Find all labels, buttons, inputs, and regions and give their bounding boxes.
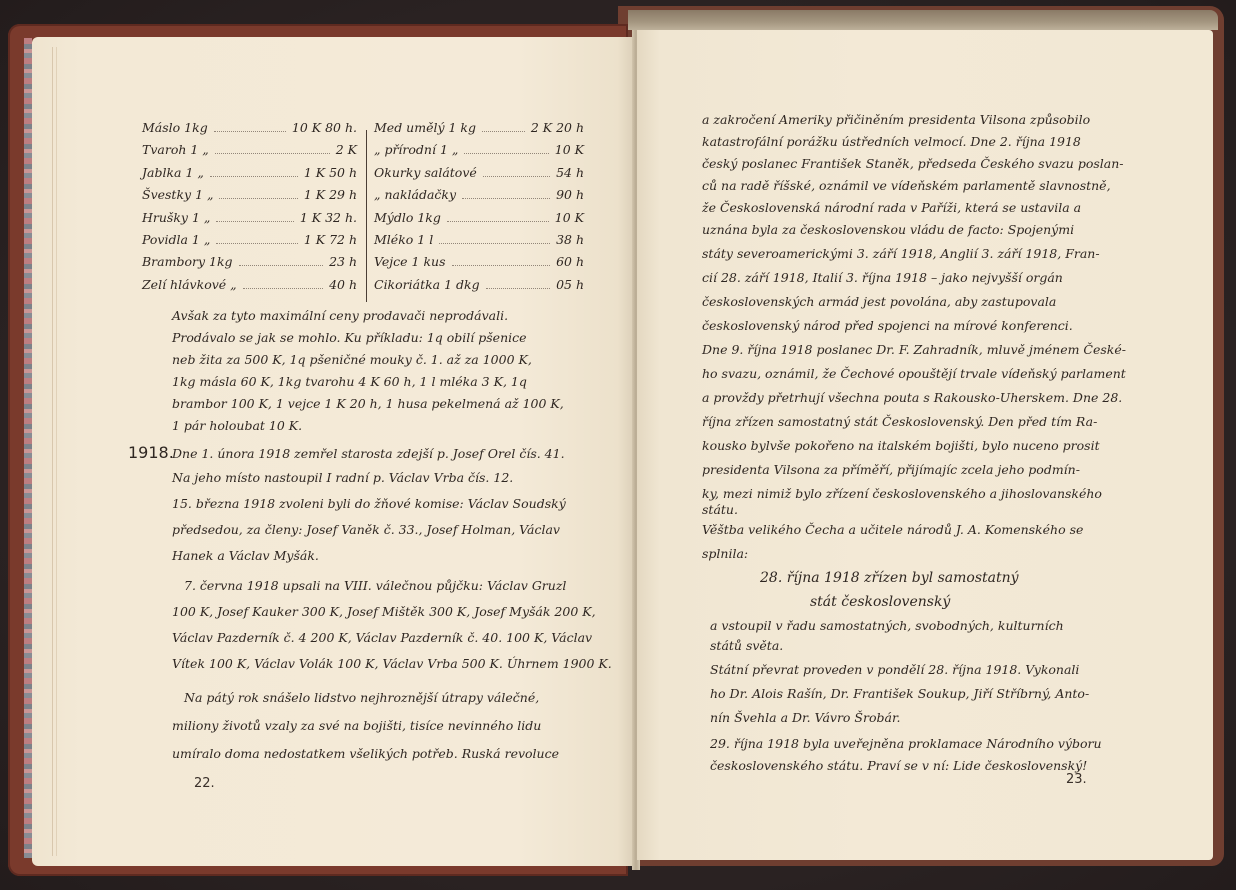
leader-dots [210, 176, 298, 177]
price-item: „ přírodní 1 „ [374, 142, 458, 157]
marbled-endpaper-edge [24, 38, 32, 858]
text-line: října zřízen samostatný stát Českosloven… [702, 414, 1097, 429]
price-value: 2 K 20 h [531, 120, 584, 135]
price-item: „ nakládačky [374, 187, 456, 202]
text-line: ho svazu, oznámil, že Čechové opouštějí … [702, 366, 1126, 381]
price-value: 05 h [556, 277, 584, 292]
price-row: Okurky salátové54 h [374, 165, 584, 187]
text-line: umíralo doma nedostatkem všelikých potře… [172, 746, 559, 761]
text-line: uznána byla za československou vládu de … [702, 222, 1074, 237]
page-block-top-edge [628, 10, 1218, 30]
price-table: Máslo 1kg10 K 80 h. Tvaroh 1 „2 K Jablka… [142, 120, 582, 305]
price-item: Povidla 1 „ [142, 232, 210, 247]
price-row: Tvaroh 1 „2 K [142, 142, 357, 164]
text-line: Hanek a Václav Myšák. [172, 548, 319, 563]
text-line: cií 28. září 1918, Italií 3. října 1918 … [702, 270, 1063, 285]
proclamation-line: stát československý [810, 594, 950, 610]
text-line: kousko bylvše pokořeno na italském bojiš… [702, 438, 1100, 453]
text-line: a provždy přetrhují všechna pouta s Rako… [702, 390, 1122, 405]
price-value: 38 h [556, 232, 584, 247]
price-value: 10 K 80 h. [292, 120, 357, 135]
text-line: ců na radě říšské, oznámil ve vídeňském … [702, 178, 1111, 193]
leader-dots [216, 221, 293, 222]
price-value: 60 h [556, 254, 584, 269]
price-item: Mýdlo 1kg [374, 210, 441, 225]
price-value: 1 K 72 h [304, 232, 357, 247]
price-item: Tvaroh 1 „ [142, 142, 209, 157]
text-line: nín Švehla a Dr. Vávro Šrobár. [710, 710, 901, 725]
text-line: 15. března 1918 zvoleni byli do žňové ko… [172, 496, 566, 511]
text-line: Avšak za tyto maximální ceny prodavači n… [172, 308, 508, 323]
leader-dots [464, 153, 548, 154]
text-line: Dne 9. října 1918 poslanec Dr. F. Zahrad… [702, 342, 1126, 357]
price-value: 90 h [556, 187, 584, 202]
text-line: československého státu. Praví se v ní: L… [710, 758, 1087, 773]
price-value: 1 K 29 h [304, 187, 357, 202]
price-column-right: Med umělý 1 kg2 K 20 h „ přírodní 1 „10 … [374, 120, 584, 299]
leader-dots [483, 176, 550, 177]
price-value: 1 K 32 h. [300, 210, 357, 225]
leader-dots [239, 265, 324, 266]
leader-dots [214, 131, 286, 132]
price-row: Vejce 1 kus60 h [374, 254, 584, 276]
text-line: Státní převrat proveden v pondělí 28. ří… [710, 662, 1079, 677]
leader-dots [216, 243, 298, 244]
price-row: Med umělý 1 kg2 K 20 h [374, 120, 584, 142]
text-line: Věštba velikého Čecha a učitele národů J… [702, 522, 1083, 537]
text-line: ky, mezi nimiž bylo zřízení českoslovens… [702, 486, 1102, 501]
price-row: Povidla 1 „1 K 72 h [142, 232, 357, 254]
text-line: 7. června 1918 upsali na VIII. válečnou … [184, 578, 566, 593]
text-line: katastrofální porážku ústředních velmocí… [702, 134, 1081, 149]
price-value: 10 K [555, 210, 584, 225]
price-row: Zelí hlávkové „40 h [142, 277, 357, 299]
leader-dots [243, 288, 323, 289]
leader-dots [482, 131, 525, 132]
text-line: splnila: [702, 546, 748, 561]
text-line: presidenta Vilsona za příměří, přijímají… [702, 462, 1080, 477]
text-line: československých armád jest povolána, ab… [702, 294, 1056, 309]
price-row: Jablka 1 „1 K 50 h [142, 165, 357, 187]
text-line: 1 pár holoubat 10 K. [172, 418, 302, 433]
price-item: Okurky salátové [374, 165, 477, 180]
text-line: český poslanec František Staněk, předsed… [702, 156, 1124, 171]
leader-dots [439, 243, 550, 244]
year-marker: 1918. [128, 443, 174, 462]
leader-dots [219, 198, 297, 199]
text-line: státu. [702, 502, 738, 517]
text-line: a zakročení Ameriky přičiněním president… [702, 112, 1090, 127]
price-item: Švestky 1 „ [142, 187, 213, 202]
price-row: Švestky 1 „1 K 29 h [142, 187, 357, 209]
price-row: Brambory 1kg23 h [142, 254, 357, 276]
price-row: Mléko 1 l38 h [374, 232, 584, 254]
text-line: neb žita za 500 K, 1q pšeničné mouky č. … [172, 352, 532, 367]
price-row: „ přírodní 1 „10 K [374, 142, 584, 164]
price-value: 1 K 50 h [304, 165, 357, 180]
price-value: 10 K [555, 142, 584, 157]
page-number-left: 22. [194, 776, 215, 791]
price-value: 40 h [329, 277, 357, 292]
price-item: Cikoriátka 1 dkg [374, 277, 480, 292]
column-divider [366, 130, 367, 302]
price-row: Mýdlo 1kg10 K [374, 210, 584, 232]
text-line: ho Dr. Alois Rašín, Dr. František Soukup… [710, 686, 1089, 701]
price-item: Zelí hlávkové „ [142, 277, 237, 292]
text-line: Na pátý rok snášelo lidstvo nejhroznější… [184, 690, 539, 705]
price-item: Máslo 1kg [142, 120, 208, 135]
text-line: československý národ před spojenci na mí… [702, 318, 1073, 333]
text-line: Dne 1. února 1918 zemřel starosta zdejší… [172, 446, 565, 461]
page-number-right: 23. [1066, 772, 1087, 787]
text-line: brambor 100 K, 1 vejce 1 K 20 h, 1 husa … [172, 396, 564, 411]
price-value: 23 h [329, 254, 357, 269]
leader-dots [452, 265, 551, 266]
text-line: státy severoamerickými 3. září 1918, Ang… [702, 246, 1100, 261]
price-column-left: Máslo 1kg10 K 80 h. Tvaroh 1 „2 K Jablka… [142, 120, 357, 299]
text-line: že Československá národní rada v Paříži,… [702, 200, 1081, 215]
price-item: Mléko 1 l [374, 232, 433, 247]
price-row: Máslo 1kg10 K 80 h. [142, 120, 357, 142]
text-line: Václav Pazderník č. 4 200 K, Václav Pazd… [172, 630, 592, 645]
proclamation-line: 28. října 1918 zřízen byl samostatný [760, 570, 1019, 586]
price-row: „ nakládačky90 h [374, 187, 584, 209]
text-line: miliony životů vzaly za své na bojišti, … [172, 718, 541, 733]
text-line: Prodávalo se jak se mohlo. Ku příkladu: … [172, 330, 527, 345]
price-value: 2 K [336, 142, 357, 157]
price-value: 54 h [556, 165, 584, 180]
price-item: Hrušky 1 „ [142, 210, 210, 225]
text-line: států světa. [710, 638, 783, 653]
price-row: Hrušky 1 „1 K 32 h. [142, 210, 357, 232]
price-item: Brambory 1kg [142, 254, 233, 269]
price-item: Jablka 1 „ [142, 165, 204, 180]
price-item: Vejce 1 kus [374, 254, 446, 269]
text-line: předsedou, za členy: Josef Vaněk č. 33.,… [172, 522, 560, 537]
text-line: 100 K, Josef Kauker 300 K, Josef Mištěk … [172, 604, 596, 619]
text-line: Na jeho místo nastoupil I radní p. Václa… [172, 470, 513, 485]
price-item: Med umělý 1 kg [374, 120, 476, 135]
text-line: 1kg másla 60 K, 1kg tvarohu 4 K 60 h, 1 … [172, 374, 527, 389]
leader-dots [447, 221, 549, 222]
leader-dots [486, 288, 550, 289]
text-line: 29. října 1918 byla uveřejněna proklamac… [710, 736, 1102, 751]
text-line: Vítek 100 K, Václav Volák 100 K, Václav … [172, 656, 612, 671]
price-row: Cikoriátka 1 dkg05 h [374, 277, 584, 299]
leader-dots [462, 198, 550, 199]
text-line: a vstoupil v řadu samostatných, svobodný… [710, 618, 1064, 633]
leader-dots [215, 153, 330, 154]
